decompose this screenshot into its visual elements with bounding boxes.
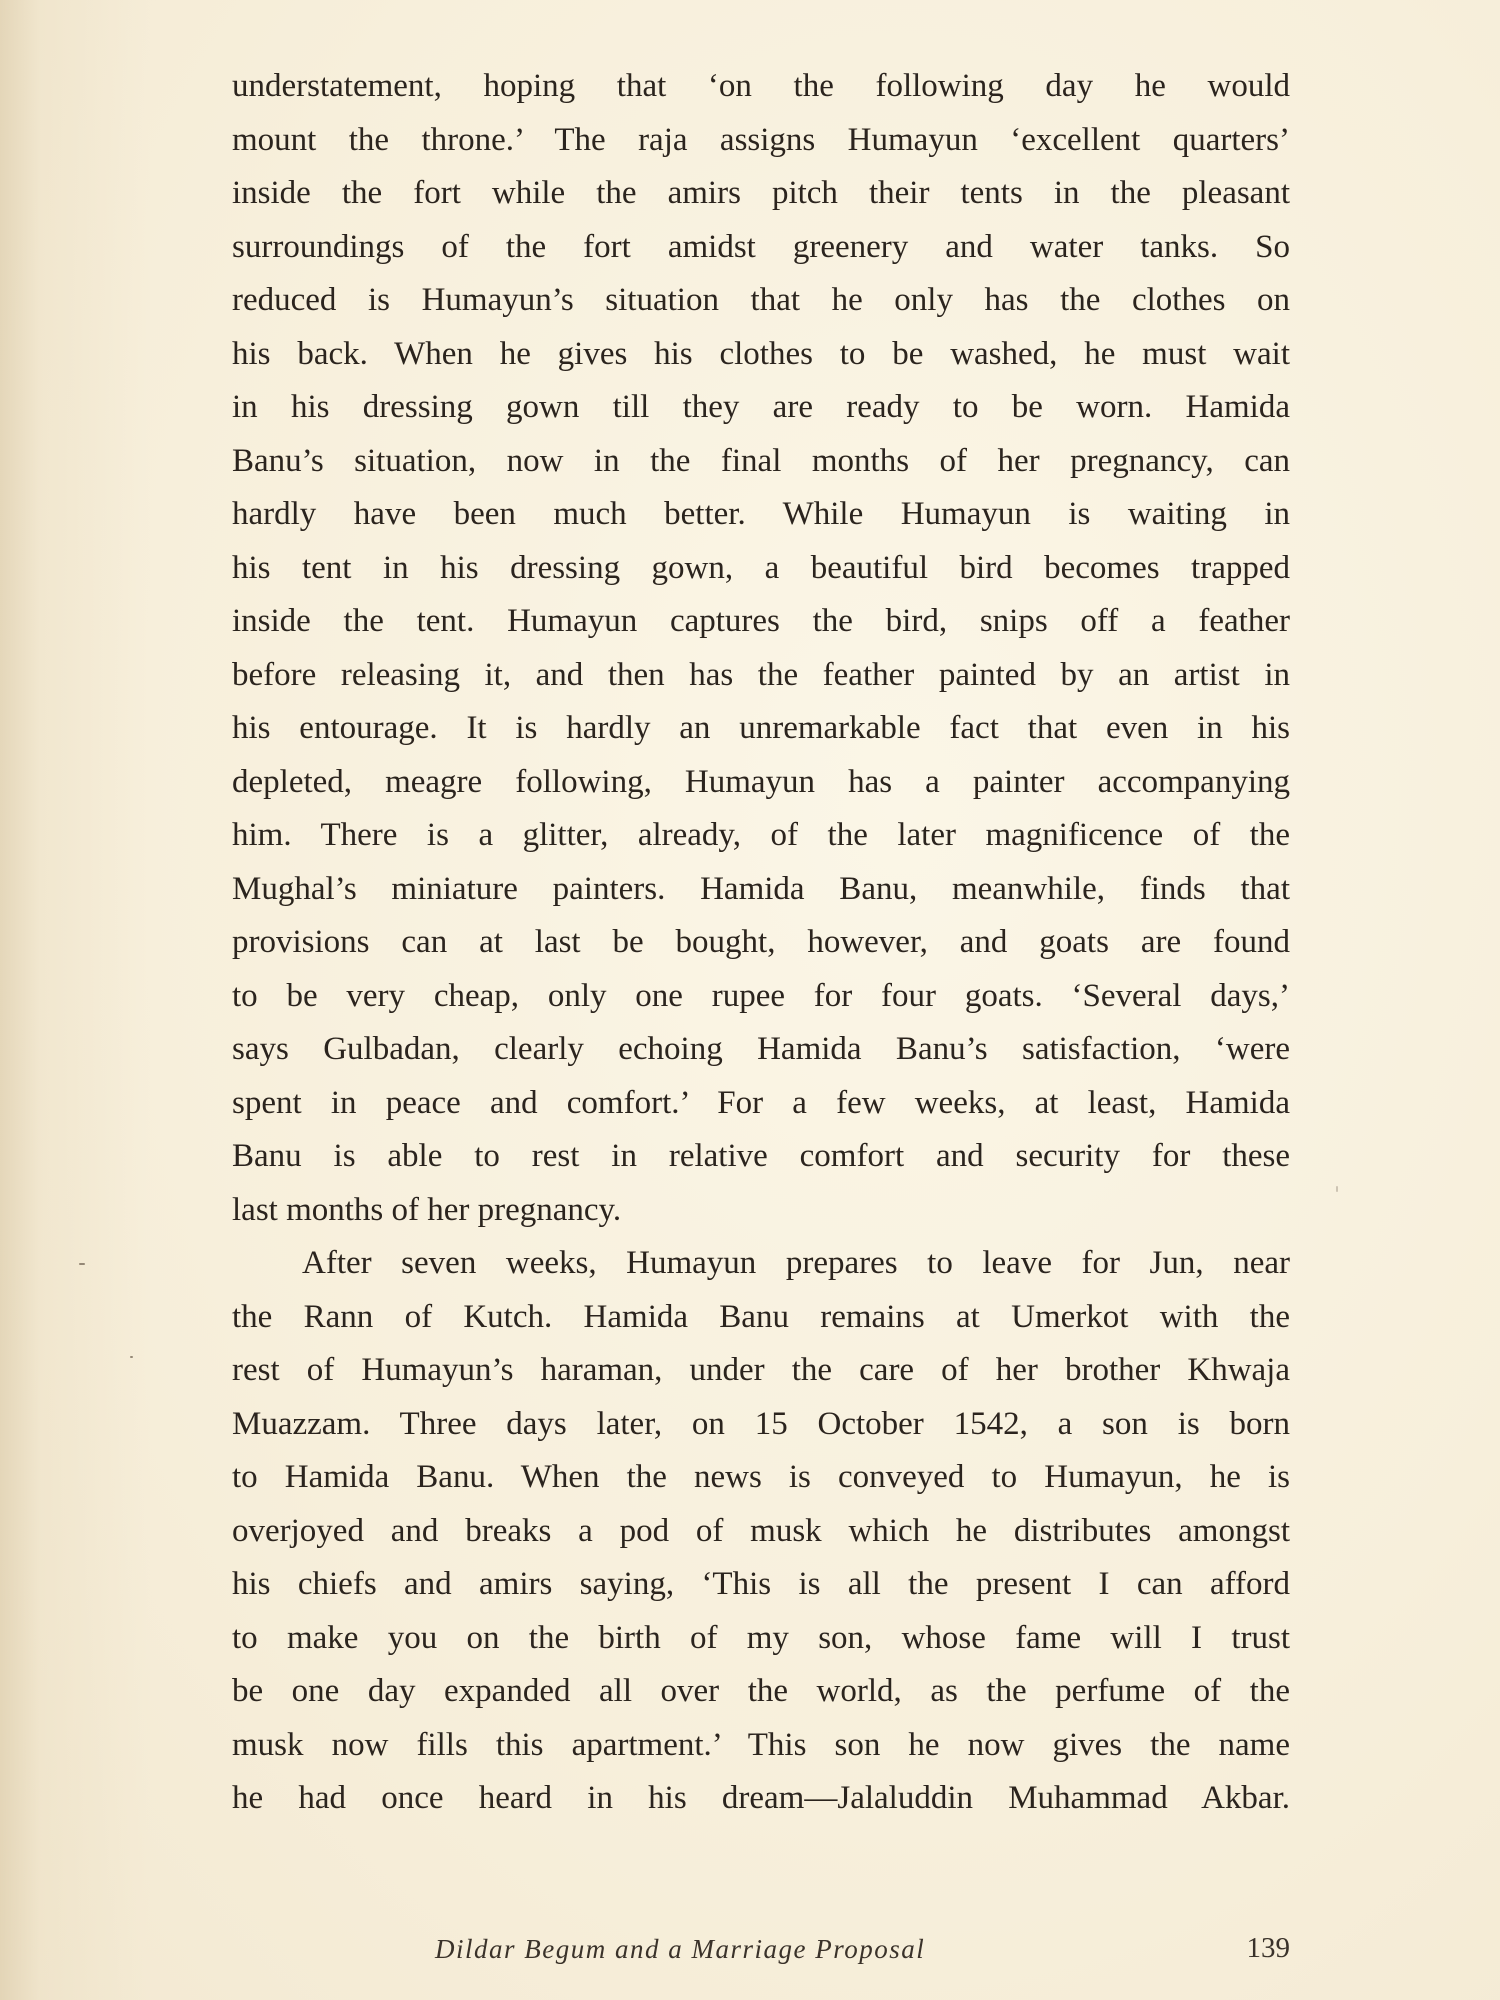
text-line: the Rann of Kutch. Hamida Banu remains a… <box>232 1291 1290 1345</box>
text-line: inside the tent. Humayun captures the bi… <box>232 595 1290 649</box>
text-line: his entourage. It is hardly an unremarka… <box>232 702 1290 756</box>
text-line: his tent in his dressing gown, a beautif… <box>232 542 1290 596</box>
text-line: spent in peace and comfort.’ For a few w… <box>232 1077 1290 1131</box>
text-line: After seven weeks, Humayun prepares to l… <box>232 1237 1290 1291</box>
text-line: his back. When he gives his clothes to b… <box>232 328 1290 382</box>
text-line: says Gulbadan, clearly echoing Hamida Ba… <box>232 1023 1290 1077</box>
text-line: to Hamida Banu. When the news is conveye… <box>232 1451 1290 1505</box>
text-line: inside the fort while the amirs pitch th… <box>232 167 1290 221</box>
body-text: understatement, hoping that ‘on the foll… <box>232 60 1290 1826</box>
page-number: 139 <box>1247 1932 1291 1965</box>
text-line: Mughal’s miniature painters. Hamida Banu… <box>232 863 1290 917</box>
text-line: he had once heard in his dream—Jalaluddi… <box>232 1772 1290 1826</box>
text-line: musk now fills this apartment.’ This son… <box>232 1719 1290 1773</box>
page-footer: Dildar Begum and a Marriage Proposal 139 <box>232 1928 1290 1978</box>
text-line: depleted, meagre following, Humayun has … <box>232 756 1290 810</box>
text-line: reduced is Humayun’s situation that he o… <box>232 274 1290 328</box>
text-line: understatement, hoping that ‘on the foll… <box>232 60 1290 114</box>
text-line: to make you on the birth of my son, whos… <box>232 1612 1290 1666</box>
text-line: in his dressing gown till they are ready… <box>232 381 1290 435</box>
text-line: surroundings of the fort amidst greenery… <box>232 221 1290 275</box>
scan-speck <box>1336 1186 1338 1192</box>
scan-speck <box>79 1263 85 1265</box>
text-line: hardly have been much better. While Huma… <box>232 488 1290 542</box>
running-title: Dildar Begum and a Marriage Proposal <box>435 1934 925 1965</box>
text-line: Banu is able to rest in relative comfort… <box>232 1130 1290 1184</box>
text-line: last months of her pregnancy. <box>232 1184 1290 1238</box>
text-line: rest of Humayun’s haraman, under the car… <box>232 1344 1290 1398</box>
text-line: be one day expanded all over the world, … <box>232 1665 1290 1719</box>
scan-speck <box>130 1356 133 1358</box>
paragraph-1: understatement, hoping that ‘on the foll… <box>232 60 1290 1237</box>
text-line: before releasing it, and then has the fe… <box>232 649 1290 703</box>
text-line: overjoyed and breaks a pod of musk which… <box>232 1505 1290 1559</box>
text-line: him. There is a glitter, already, of the… <box>232 809 1290 863</box>
text-line: his chiefs and amirs saying, ‘This is al… <box>232 1558 1290 1612</box>
text-line: mount the throne.’ The raja assigns Huma… <box>232 114 1290 168</box>
text-line: Banu’s situation, now in the final month… <box>232 435 1290 489</box>
text-line: Muazzam. Three days later, on 15 October… <box>232 1398 1290 1452</box>
text-line: to be very cheap, only one rupee for fou… <box>232 970 1290 1024</box>
text-line: provisions can at last be bought, howeve… <box>232 916 1290 970</box>
paragraph-2: After seven weeks, Humayun prepares to l… <box>232 1237 1290 1826</box>
